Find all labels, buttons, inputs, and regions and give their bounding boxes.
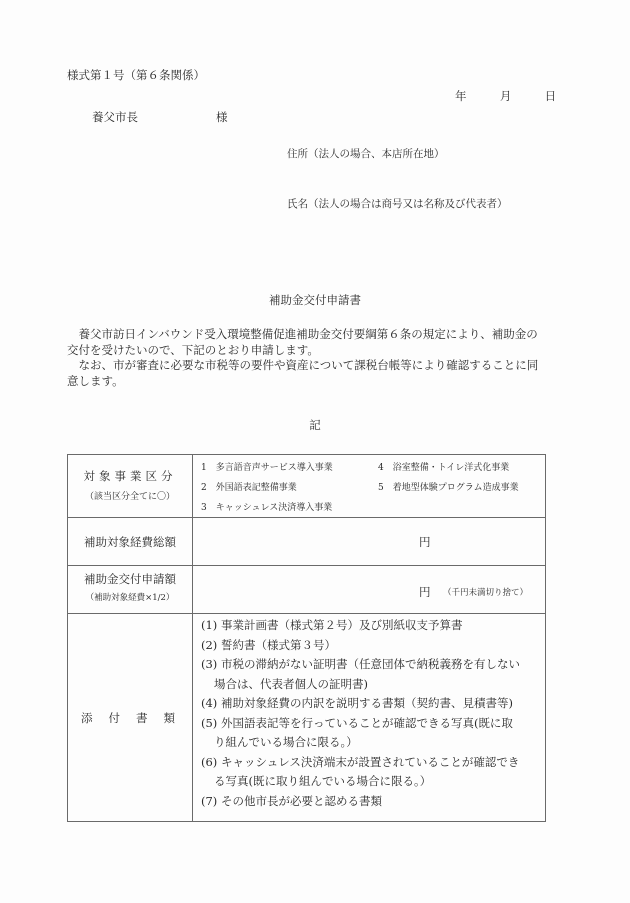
attachment-item-3-cont: 場合は、代表者個人の証明書) <box>201 675 520 695</box>
attachment-item-5: (5) 外国語表記等を行っていることが確認できる写真(既に取 <box>201 714 520 734</box>
ki-heading: 記 <box>0 417 630 433</box>
date-line: 年 月 日 <box>455 88 556 104</box>
request-amount-label: 補助金交付申請額 <box>68 571 192 587</box>
addressee-name: 養父市長 <box>92 110 138 124</box>
table-row-request-amount: 補助金交付申請額 （補助対象経費×1/2） 円 （千円未満切り捨て） <box>68 566 545 614</box>
table-row-category: 対象事業区分 （該当区分全てに〇） 1 多言語音声サービス導入事業 2 外国語表… <box>68 455 545 518</box>
addressee: 養父市長様 <box>92 109 228 125</box>
body-paragraph-1: 養父市訪日インバウンド受入環境整備促進補助金交付要綱第６条の規定により、補助金の… <box>67 327 547 358</box>
table-row-attachments: 添付書類 (1) 事業計画書（様式第２号）及び別紙収支予算書 (2) 誓約書（様… <box>68 614 545 821</box>
request-amount-input-cell[interactable]: 円 （千円未満切り捨て） <box>193 566 545 613</box>
total-cost-input-cell[interactable]: 円 <box>193 518 545 565</box>
date-day: 日 <box>545 88 557 104</box>
table-row-total-cost: 補助対象経費総額 円 <box>68 518 545 566</box>
form-number: 様式第１号（第６条関係） <box>67 67 205 83</box>
total-cost-label-cell: 補助対象経費総額 <box>68 518 193 565</box>
attachment-item-5-cont: り組んでいる場合に限る。） <box>201 733 520 753</box>
attachment-item-6: (6) キャッシュレス決済端末が設置されていることが確認でき <box>201 753 520 773</box>
attachment-item-7: (7) その他市長が必要と認める書類 <box>201 792 520 812</box>
document-title: 補助金交付申請書 <box>0 292 630 308</box>
attachments-list: (1) 事業計画書（様式第２号）及び別紙収支予算書 (2) 誓約書（様式第３号）… <box>201 616 520 811</box>
name-field-label: 氏名（法人の場合は商号又は名称及び代表者） <box>287 196 508 211</box>
attachment-item-6-cont: る写真(既に取り組んでいる場合に限る。） <box>201 772 520 792</box>
category-option-1[interactable]: 1 多言語音声サービス導入事業 <box>201 460 333 473</box>
attachments-label: 添付書類 <box>68 710 192 726</box>
total-cost-label: 補助対象経費総額 <box>68 534 192 550</box>
category-label-cell: 対象事業区分 （該当区分全てに〇） <box>68 455 193 517</box>
date-year: 年 <box>455 88 467 104</box>
request-amount-unit: 円 <box>419 584 431 600</box>
attachment-item-1: (1) 事業計画書（様式第２号）及び別紙収支予算書 <box>201 616 520 636</box>
category-option-2[interactable]: 2 外国語表記整備事業 <box>201 480 297 493</box>
total-cost-unit: 円 <box>419 534 431 550</box>
attachments-list-cell: (1) 事業計画書（様式第２号）及び別紙収支予算書 (2) 誓約書（様式第３号）… <box>193 614 545 821</box>
category-label: 対象事業区分 <box>68 468 192 484</box>
attachment-item-4: (4) 補助対象経費の内訳を説明する書類（契約書、見積書等) <box>201 694 520 714</box>
category-sublabel: （該当区分全てに〇） <box>68 489 192 502</box>
body-paragraph-2: なお、市が審査に必要な市税等の要件や資産について課税台帳等により確認することに同… <box>67 358 547 389</box>
rounding-note: （千円未満切り捨て） <box>443 586 528 598</box>
category-option-5[interactable]: 5 着地型体験プログラム造成事業 <box>378 480 519 493</box>
request-amount-sublabel: （補助対象経費×1/2） <box>68 591 192 603</box>
attachment-item-2: (2) 誓約書（様式第３号） <box>201 636 520 656</box>
attachment-item-3: (3) 市税の滞納がない証明書（任意団体で納税義務を有しない <box>201 655 520 675</box>
category-options-cell: 1 多言語音声サービス導入事業 2 外国語表記整備事業 3 キャッシュレス決済導… <box>193 455 545 517</box>
body-text: 養父市訪日インバウンド受入環境整備促進補助金交付要綱第６条の規定により、補助金の… <box>67 327 547 389</box>
category-option-3[interactable]: 3 キャッシュレス決済導入事業 <box>201 500 332 513</box>
request-amount-label-cell: 補助金交付申請額 （補助対象経費×1/2） <box>68 566 193 613</box>
address-field-label: 住所（法人の場合、本店所在地） <box>287 146 445 161</box>
honorific: 様 <box>216 109 228 125</box>
date-month: 月 <box>500 88 512 104</box>
category-option-4[interactable]: 4 浴室整備・トイレ洋式化事業 <box>378 460 509 473</box>
application-table: 対象事業区分 （該当区分全てに〇） 1 多言語音声サービス導入事業 2 外国語表… <box>67 454 546 822</box>
attachments-label-cell: 添付書類 <box>68 614 193 821</box>
